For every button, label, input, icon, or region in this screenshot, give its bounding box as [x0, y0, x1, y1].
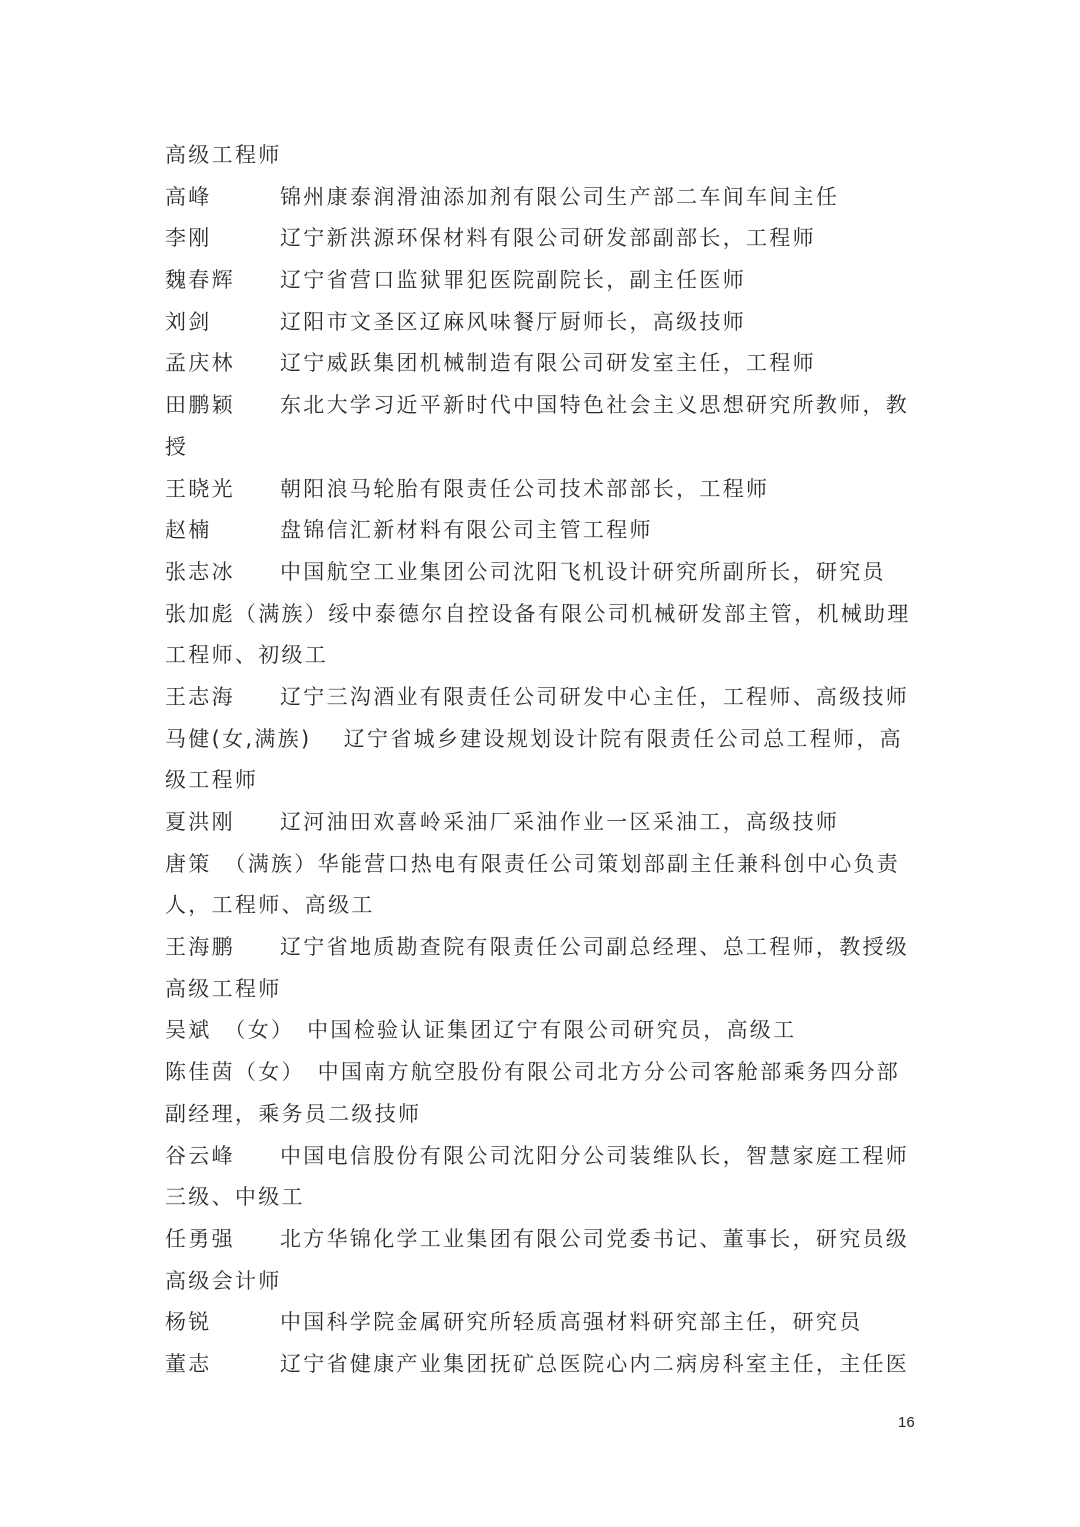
person-description: 辽宁省健康产业集团抚矿总医院心内二病房科室主任，主任医 — [280, 1344, 909, 1386]
person-name: 王志海 — [165, 677, 235, 719]
list-item-continuation: 张加彪（满族）绥中泰德尔自控设备有限公司机械研发部主管，机械助理 — [165, 594, 925, 636]
list-item: 王海鹏 辽宁省地质勘查院有限责任公司副总经理、总工程师，教授级 — [165, 927, 925, 969]
list-item: 李刚辽宁新洪源环保材料有限公司研发部副部长，工程师 — [165, 218, 925, 260]
person-description: 辽宁威跃集团机械制造有限公司研发室主任，工程师 — [280, 343, 816, 385]
text-line: 马健(女,满族) 辽宁省城乡建设规划设计院有限责任公司总工程师，高 — [165, 719, 903, 761]
text-line: 级工程师 — [165, 760, 258, 802]
text-line: 三级、中级工 — [165, 1177, 305, 1219]
list-item-continuation: 级工程师 — [165, 760, 925, 802]
person-description: 朝阳浪马轮胎有限责任公司技术部部长，工程师 — [280, 469, 769, 511]
person-name: 刘剑 — [165, 302, 212, 344]
person-description: 辽宁三沟酒业有限责任公司研发中心主任，工程师、高级技师 — [280, 677, 909, 719]
list-item-continuation: 唐策 （满族）华能营口热电有限责任公司策划部副主任兼科创中心负责 — [165, 844, 925, 886]
list-item: 夏洪刚 辽河油田欢喜岭采油厂采油作业一区采油工，高级技师 — [165, 802, 925, 844]
list-item-continuation: 授 — [165, 427, 925, 469]
person-description: 辽河油田欢喜岭采油厂采油作业一区采油工，高级技师 — [280, 802, 839, 844]
text-line: 陈佳茵（女） 中国南方航空股份有限公司北方分公司客舱部乘务四分部 — [165, 1052, 900, 1094]
page-number: 16 — [898, 1414, 915, 1431]
name-list: 高级工程师高峰锦州康泰润滑油添加剂有限公司生产部二车间车间主任李刚辽宁新洪源环保… — [165, 135, 925, 1386]
person-name: 王晓光 — [165, 469, 235, 511]
person-name: 张志冰 — [165, 552, 235, 594]
list-item-continuation: 副经理，乘务员二级技师 — [165, 1094, 925, 1136]
person-name: 魏春辉 — [165, 260, 235, 302]
list-item: 孟庆林辽宁威跃集团机械制造有限公司研发室主任，工程师 — [165, 343, 925, 385]
text-line: 高级工程师 — [165, 969, 282, 1011]
person-name: 夏洪刚 — [165, 802, 235, 844]
person-name: 高峰 — [165, 177, 212, 219]
person-name: 孟庆林 — [165, 343, 235, 385]
list-item-continuation: 马健(女,满族) 辽宁省城乡建设规划设计院有限责任公司总工程师，高 — [165, 719, 925, 761]
person-name: 赵楠 — [165, 510, 212, 552]
text-line: 张加彪（满族）绥中泰德尔自控设备有限公司机械研发部主管，机械助理 — [165, 594, 911, 636]
list-item: 谷云峰 中国电信股份有限公司沈阳分公司装维队长，智慧家庭工程师 — [165, 1136, 925, 1178]
person-description: 东北大学习近平新时代中国特色社会主义思想研究所教师，教 — [280, 385, 909, 427]
person-description: 中国航空工业集团公司沈阳飞机设计研究所副所长，研究员 — [280, 552, 886, 594]
text-line: 唐策 （满族）华能营口热电有限责任公司策划部副主任兼科创中心负责 — [165, 844, 900, 886]
list-item-continuation: 高级工程师 — [165, 969, 925, 1011]
list-item: 王晓光朝阳浪马轮胎有限责任公司技术部部长，工程师 — [165, 469, 925, 511]
list-item: 田鹏颖东北大学习近平新时代中国特色社会主义思想研究所教师，教 — [165, 385, 925, 427]
person-name: 杨锐 — [165, 1302, 212, 1344]
list-item: 高峰锦州康泰润滑油添加剂有限公司生产部二车间车间主任 — [165, 177, 925, 219]
list-item-continuation: 吴斌 （女） 中国检验认证集团辽宁有限公司研究员，高级工 — [165, 1010, 925, 1052]
list-item: 董志辽宁省健康产业集团抚矿总医院心内二病房科室主任，主任医 — [165, 1344, 925, 1386]
list-item: 刘剑辽阳市文圣区辽麻风味餐厅厨师长，高级技师 — [165, 302, 925, 344]
list-item-continuation: 高级会计师 — [165, 1261, 925, 1303]
list-item: 张志冰中国航空工业集团公司沈阳飞机设计研究所副所长，研究员 — [165, 552, 925, 594]
person-description: 辽阳市文圣区辽麻风味餐厅厨师长，高级技师 — [280, 302, 746, 344]
list-item-continuation: 工程师、初级工 — [165, 635, 925, 677]
text-line: 吴斌 （女） 中国检验认证集团辽宁有限公司研究员，高级工 — [165, 1010, 796, 1052]
person-name: 任勇强 — [165, 1219, 235, 1261]
list-item-continuation: 人，工程师、高级工 — [165, 885, 925, 927]
person-description: 锦州康泰润滑油添加剂有限公司生产部二车间车间主任 — [280, 177, 839, 219]
text-line: 授 — [165, 427, 188, 469]
list-item-continuation: 陈佳茵（女） 中国南方航空股份有限公司北方分公司客舱部乘务四分部 — [165, 1052, 925, 1094]
list-item: 魏春辉辽宁省营口监狱罪犯医院副院长，副主任医师 — [165, 260, 925, 302]
person-description: 中国电信股份有限公司沈阳分公司装维队长，智慧家庭工程师 — [280, 1136, 909, 1178]
person-name: 谷云峰 — [165, 1136, 235, 1178]
person-description: 辽宁省地质勘查院有限责任公司副总经理、总工程师，教授级 — [280, 927, 909, 969]
text-line: 副经理，乘务员二级技师 — [165, 1094, 421, 1136]
list-item: 赵楠盘锦信汇新材料有限公司主管工程师 — [165, 510, 925, 552]
text-line: 人，工程师、高级工 — [165, 885, 375, 927]
person-description: 北方华锦化学工业集团有限公司党委书记、董事长，研究员级 — [280, 1219, 909, 1261]
list-item-continuation: 三级、中级工 — [165, 1177, 925, 1219]
text-line: 高级会计师 — [165, 1261, 282, 1303]
list-item: 王志海 辽宁三沟酒业有限责任公司研发中心主任，工程师、高级技师 — [165, 677, 925, 719]
person-description: 盘锦信汇新材料有限公司主管工程师 — [280, 510, 653, 552]
list-item: 任勇强北方华锦化学工业集团有限公司党委书记、董事长，研究员级 — [165, 1219, 925, 1261]
person-name: 李刚 — [165, 218, 212, 260]
person-name: 董志 — [165, 1344, 212, 1386]
person-description: 中国科学院金属研究所轻质高强材料研究部主任，研究员 — [280, 1302, 863, 1344]
person-name: 田鹏颖 — [165, 385, 235, 427]
list-item-continuation: 高级工程师 — [165, 135, 925, 177]
document-page: 高级工程师高峰锦州康泰润滑油添加剂有限公司生产部二车间车间主任李刚辽宁新洪源环保… — [0, 0, 1080, 1527]
person-description: 辽宁省营口监狱罪犯医院副院长，副主任医师 — [280, 260, 746, 302]
text-line: 工程师、初级工 — [165, 635, 328, 677]
list-item: 杨锐中国科学院金属研究所轻质高强材料研究部主任，研究员 — [165, 1302, 925, 1344]
person-description: 辽宁新洪源环保材料有限公司研发部副部长，工程师 — [280, 218, 816, 260]
text-line: 高级工程师 — [165, 135, 282, 177]
person-name: 王海鹏 — [165, 927, 235, 969]
